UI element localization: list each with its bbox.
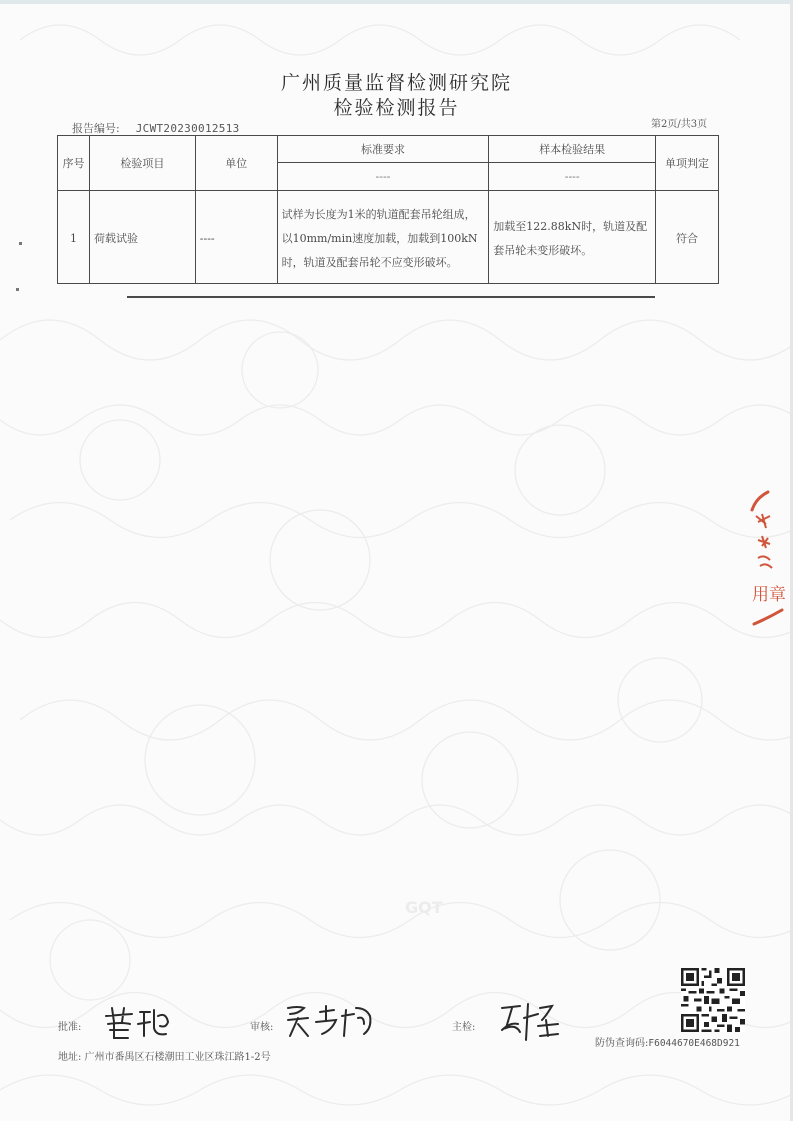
reviewer-signature — [284, 1002, 384, 1042]
anti-fake-query: 防伪查询码:F6044670E468D921 — [595, 1034, 740, 1049]
scan-speck — [19, 242, 22, 245]
cell-unit: ---- — [195, 191, 277, 284]
page-indicator: 第2页/共3页 — [651, 115, 707, 130]
inspector-signature — [498, 1000, 568, 1044]
approver-signature — [100, 1002, 180, 1042]
header-verdict: 单项判定 — [656, 136, 719, 191]
report-number-value: JCWT20230012513 — [136, 122, 240, 135]
report-number: 报告编号:JCWT20230012513 — [72, 120, 240, 136]
cell-item: 荷载试验 — [89, 191, 195, 284]
header-result: 样本检验结果 — [489, 136, 656, 163]
stamp-text: 用章 — [752, 580, 786, 605]
review-label: 审核: — [250, 1018, 273, 1033]
header-standard-sub: ---- — [277, 163, 489, 191]
gqt-watermark: GQT — [405, 898, 443, 917]
approve-label: 批准: — [58, 1018, 81, 1033]
header-standard: 标准要求 — [277, 136, 489, 163]
header-result-sub: ---- — [489, 163, 656, 191]
anti-fake-code: F6044670E468D921 — [648, 1038, 740, 1049]
table-row: 1 荷载试验 ---- 试样为长度为1米的轨道配套吊轮组成，以10mm/min速… — [58, 191, 719, 284]
address: 地址: 广州市番禺区石楼潮田工业区珠江路1-2号 — [58, 1048, 271, 1063]
inspection-table: 序号 检验项目 单位 标准要求 样本检验结果 单项判定 ---- ---- 1 … — [57, 135, 719, 284]
seal-stamp — [748, 488, 788, 628]
cell-index: 1 — [58, 191, 90, 284]
cell-verdict: 符合 — [656, 191, 719, 284]
header-unit: 单位 — [195, 136, 277, 191]
institute-name: 广州质量监督检测研究院 — [0, 70, 793, 96]
end-of-content-rule — [127, 296, 655, 298]
scan-speck — [16, 288, 19, 291]
report-header: 广州质量监督检测研究院 检验检测报告 — [0, 70, 793, 120]
cell-result: 加载至122.88kN时，轨道及配套吊轮未变形破坏。 — [489, 191, 656, 284]
inspector-label: 主检: — [452, 1018, 475, 1033]
report-number-label: 报告编号: — [72, 122, 120, 135]
cell-standard: 试样为长度为1米的轨道配套吊轮组成，以10mm/min速度加载，加载到100kN… — [277, 191, 489, 284]
header-index: 序号 — [58, 136, 90, 191]
qr-code — [681, 968, 745, 1032]
table-header-row: 序号 检验项目 单位 标准要求 样本检验结果 单项判定 — [58, 136, 719, 163]
header-item: 检验项目 — [89, 136, 195, 191]
anti-fake-label: 防伪查询码: — [595, 1038, 648, 1049]
scan-top-edge — [0, 0, 793, 4]
